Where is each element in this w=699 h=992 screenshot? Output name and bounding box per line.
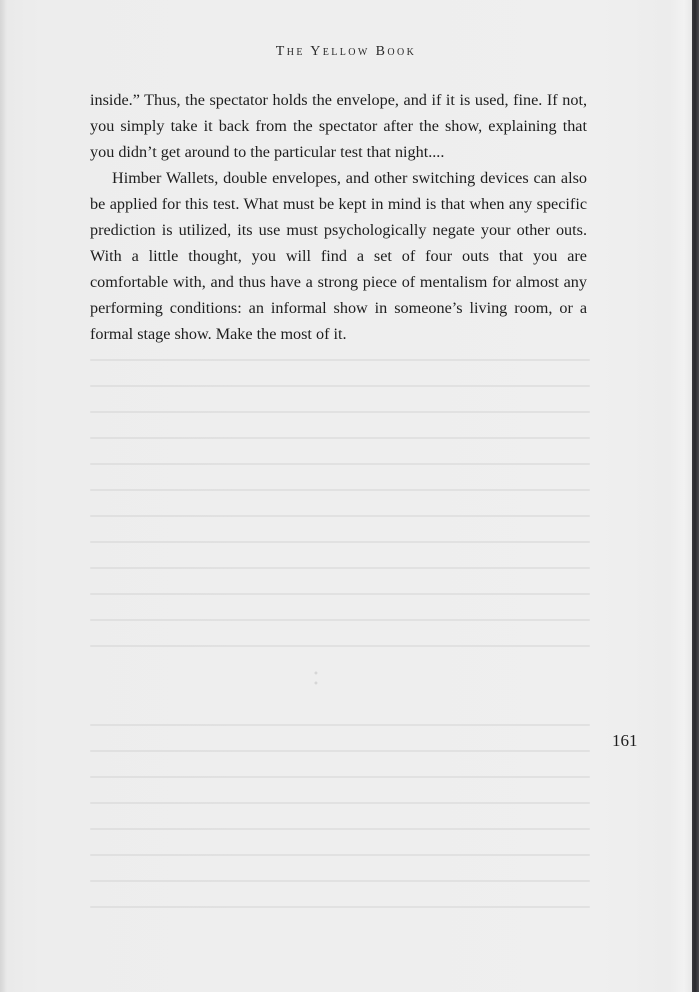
bleed-through-text	[90, 700, 590, 908]
bleed-through-line	[90, 906, 590, 908]
bleed-through-line	[90, 750, 590, 752]
book-page: The Yellow Book inside.” Thus, the spect…	[0, 0, 692, 992]
gutter-shadow	[0, 0, 6, 992]
bleed-through-line	[90, 541, 590, 543]
bleed-through-text	[90, 335, 590, 647]
paragraph-2: Himber Wallets, double envelopes, and ot…	[90, 165, 587, 347]
page-edge-shadow	[692, 0, 699, 992]
paragraph-1: inside.” Thus, the spectator holds the e…	[90, 87, 587, 165]
bleed-through-line	[90, 854, 590, 856]
bleed-through-line	[90, 463, 590, 465]
bleed-through-line	[90, 437, 590, 439]
bleed-through-line	[90, 515, 590, 517]
bleed-through-line	[90, 724, 590, 726]
body-text: inside.” Thus, the spectator holds the e…	[90, 87, 587, 347]
bleed-through-line	[90, 619, 590, 621]
running-head: The Yellow Book	[0, 44, 692, 60]
bleed-through-line	[90, 567, 590, 569]
bleed-through-line	[90, 385, 590, 387]
page-number: 161	[612, 731, 638, 751]
bleed-through-line	[90, 802, 590, 804]
bleed-through-ornament-icon: ••	[312, 670, 320, 690]
bleed-through-line	[90, 828, 590, 830]
bleed-through-line	[90, 645, 590, 647]
bleed-through-line	[90, 489, 590, 491]
bleed-through-line	[90, 359, 590, 361]
bleed-through-line	[90, 411, 590, 413]
bleed-through-line	[90, 776, 590, 778]
bleed-through-line	[90, 593, 590, 595]
bleed-through-line	[90, 880, 590, 882]
